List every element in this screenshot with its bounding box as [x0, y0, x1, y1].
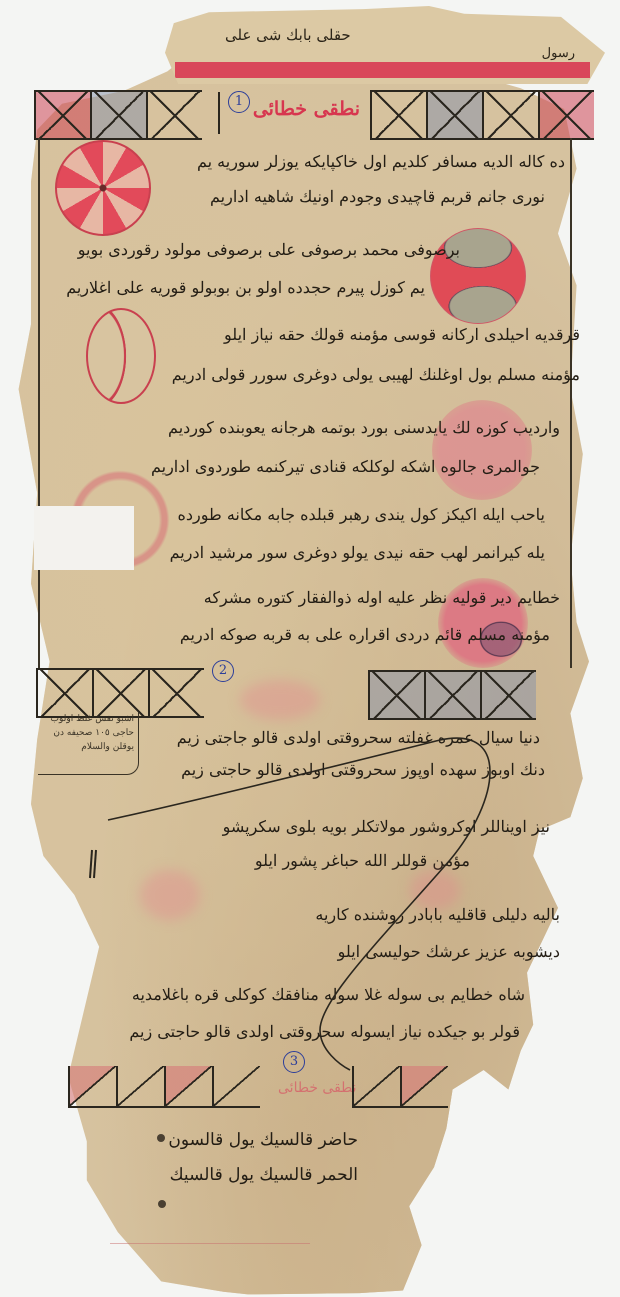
geometric-cell: [480, 672, 536, 718]
fragment-text-right: رسول: [542, 46, 575, 61]
verse-line: مؤمن قوللر الله حباغر پشور ایلو: [255, 851, 470, 870]
geometric-cell: [34, 92, 90, 138]
verse-line: خطایم دیر قولیه نظر علیه اوله ذوالفقار ک…: [204, 588, 560, 607]
geometric-cell: [90, 92, 146, 138]
verse-line: دنك اوبوز سهده اوپوز سحروقتی اولدی قالو …: [181, 760, 545, 779]
faded-section-title: نطقی خطائی: [278, 1080, 357, 1096]
ink-dot: [157, 1134, 165, 1142]
verse-line: دنیا سیال عمره غفلته سحروقتی اولدی قالو …: [177, 728, 540, 747]
margin-note: اشبو نفس غلط اولوب حاجی ١٠٥ صحیفه دن یوق…: [38, 712, 139, 775]
verse-line: قولر بو جیکده نیاز ایسوله سحروقتی اولدی …: [129, 1022, 520, 1041]
verse-line: یم کوزل پیرم حجدده اولو بن بوبولو قوریه …: [66, 278, 425, 297]
margin-note-line: یوقلن والسلام: [38, 740, 138, 754]
fragment-text: حقلی بابك شی علی: [225, 26, 351, 44]
header-band-2: [36, 668, 204, 718]
verse-line: برصوفی محمد برصوفی علی برصوفی مولود رقور…: [78, 240, 460, 259]
zigzag-band-left: [68, 1066, 260, 1108]
verse-line: مؤمنه مسلم قائم دردی اقراره علی به قربه …: [180, 625, 550, 644]
section-number-2: 2: [212, 660, 234, 682]
verse-line: نوری جانم قربم قاچیدی وجودم اونیك شاهیه …: [210, 187, 545, 206]
geometric-cell: [482, 92, 538, 138]
header-band-1: [34, 90, 202, 140]
zigzag-band-right: [352, 1066, 448, 1108]
verse-line: حاضر قالسیك یول قالسون: [168, 1130, 358, 1150]
red-border-band: [175, 62, 590, 78]
geometric-cell: [148, 670, 204, 716]
verse-line: یاحب ایله اکیکز کول یندی رهبر قبلده جابه…: [178, 505, 545, 524]
verse-line: یله کیرانمر لهب حقه نیدی یولو دوغری سور …: [170, 543, 545, 562]
section-number-1: 1: [228, 91, 250, 113]
verse-line: شاه خطایم بی سوله غلا سوله منافقك کوکلی …: [132, 985, 525, 1004]
geometric-cell: [424, 672, 480, 718]
geometric-cell: [146, 92, 202, 138]
geometric-cell: [426, 92, 482, 138]
margin-note-line: حاجی ١٠٥ صحیفه دن: [38, 726, 138, 740]
geometric-cell: [538, 92, 594, 138]
faint-red-rule: [110, 1243, 310, 1244]
header-band-2-right: [368, 670, 536, 720]
triangle-cell: [164, 1066, 212, 1106]
verse-line: ده کاله الدیه مسافر کلدیم اول خاکپایکه ی…: [197, 152, 565, 171]
section-number-3: 3: [283, 1051, 305, 1073]
triangle-cell: [400, 1066, 448, 1106]
rosette-roundel: [55, 140, 151, 236]
geometric-cell: [368, 672, 424, 718]
triangle-cell: [352, 1066, 400, 1106]
verse-line: الحمر قالسیك یول قالسیك: [170, 1165, 358, 1185]
verse-line: جوالمری جالوه اشکه لوکلکه قنادی تیرکنمه …: [151, 457, 540, 476]
geometric-cell: [92, 670, 148, 716]
verse-line: دیشوبه عزیز عرشك حولیسی ایلو: [338, 942, 560, 961]
paper-repair-patch: [34, 506, 134, 570]
geometric-cell: [36, 670, 92, 716]
section-title: نطقی خطائی: [253, 98, 360, 120]
faded-roundel: [432, 400, 532, 500]
verse-line: بالیه دلیلی قاقلیه بابادر روشنده کاریه: [315, 905, 560, 924]
margin-note-line: اشبو نفس غلط اولوب: [38, 712, 138, 726]
triangle-cell: [68, 1066, 116, 1106]
triangle-cell: [116, 1066, 164, 1106]
verse-line: واردیب کوزه لك یایدسنی بورد بوتمه هرجانه…: [168, 418, 560, 437]
verse-line: نیز اویناللر اوکروشور مولاتكلر بویه بلوی…: [223, 817, 550, 836]
pink-stain: [140, 870, 200, 920]
geometric-cell: [370, 92, 426, 138]
pink-stain: [410, 870, 460, 910]
header-band-1-right: [370, 90, 594, 140]
torn-top-fragment: حقلی بابك شی علی رسول: [165, 6, 605, 84]
verse-line: مؤمنه مسلم بول اوغلنك لهیبی یولی دوغری س…: [172, 365, 580, 384]
ink-dot: [158, 1200, 166, 1208]
pink-stain: [240, 680, 320, 720]
crescent-roundel: [86, 308, 156, 404]
triangle-cell: [212, 1066, 260, 1106]
verse-line: قرقدیه احیلدی ارکانه قوسی مؤمنه قولك حقه…: [224, 325, 580, 344]
